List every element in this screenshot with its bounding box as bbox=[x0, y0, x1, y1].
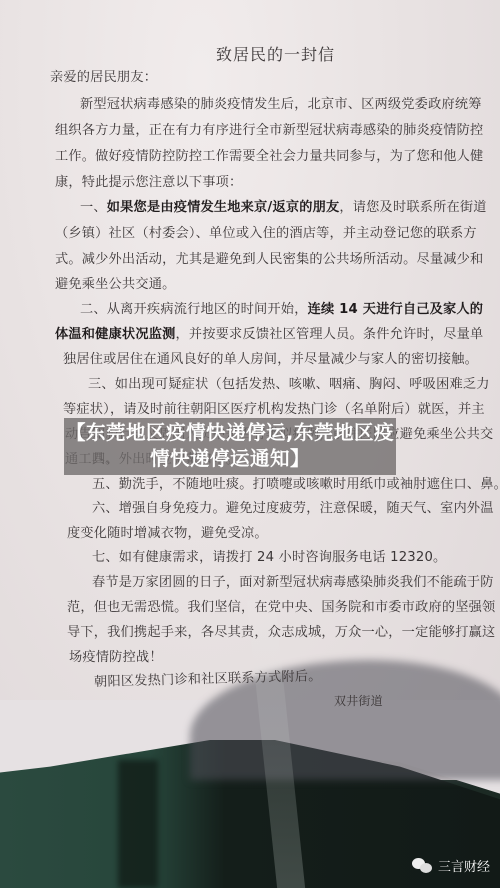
item-1-line: 一、如果您是由疫情发生地来京/返京的朋友，请您及时联系所在街道 bbox=[80, 196, 487, 215]
closing-line: 范，但也无需恐慌。我们坚信，在党中央、国务院和市委市政府的坚强领 bbox=[67, 596, 495, 615]
caption-text: 【东莞地区疫情快递停运,东莞地区疫 情快递停运通知】 bbox=[64, 420, 396, 472]
item-1-line: 避免乘坐公共交通。 bbox=[55, 273, 176, 292]
item-2-prefix: 二、从离开疾病流行地区的时间开始， bbox=[80, 302, 308, 317]
shadow-post bbox=[118, 760, 158, 888]
intro-line: 新型冠状病毒感染的肺炎疫情发生后，北京市、区两级党委政府统筹 bbox=[80, 93, 482, 112]
intro-line: 康，特此提示您注意以下事项： bbox=[55, 171, 242, 190]
caption-line-2: 情快递停运通知】 bbox=[64, 446, 396, 472]
item-1-line: 式。减少外出活动，尤其是避免到人民密集的公共场所活动。尽量减少和 bbox=[55, 248, 483, 267]
item-3-line: 等症状），请及时前往朝阳区医疗机构发热门诊（名单附后）就医，并主 bbox=[63, 398, 485, 417]
item-2-line: 体温和健康状况监测，并按要求反馈社区管理人员。条件允许时，尽量单 bbox=[55, 323, 483, 342]
item-6-line: 度变化随时增减衣物，避免受凉。 bbox=[67, 522, 268, 541]
closing-line: 场疫情防控战！ bbox=[69, 646, 163, 665]
closing-line: 春节是万家团圆的日子，面对新型冠状病毒感染肺炎我们不能疏于防 bbox=[92, 571, 494, 590]
caption-line-1: 【东莞地区疫情快递停运,东莞地区疫 bbox=[64, 420, 396, 446]
signature: 双井街道 bbox=[334, 692, 383, 709]
item-3-line: 三、如出现可疑症状（包括发热、咳嗽、咽痛、胸闷、呼吸困难乏力 bbox=[88, 373, 490, 392]
item-6-line: 六、增强自身免疫力。避免过度疲劳，注意保暖，随天气、室内外温 bbox=[92, 497, 494, 516]
closing-line: 导下，我们携起手来，各尽其责，众志成城，万众一心，一定能够打赢这 bbox=[67, 621, 495, 640]
item-1-bold: 如果您是由疫情发生地来京/返京的朋友 bbox=[107, 200, 340, 215]
item-5-line: 五、勤洗手，不随地吐痰。打喷嚏或咳嗽时用纸巾或袖肘遮住口、鼻。 bbox=[92, 473, 500, 492]
item-2-rest: ，并按要求反馈社区管理人员。条件允许时，尽量单 bbox=[176, 327, 484, 342]
item-1-prefix: 一、 bbox=[80, 200, 107, 215]
item-2-line: 二、从离开疾病流行地区的时间开始，连续 14 天进行自己及家人的 bbox=[80, 298, 483, 317]
item-1-rest: ，请您及时联系所在街道 bbox=[339, 200, 486, 215]
item-7-line: 七、如有健康需求，请拨打 24 小时咨询服务电话 12320。 bbox=[92, 546, 446, 565]
wechat-icon bbox=[412, 858, 434, 874]
item-2-line: 独居住或居住在通风良好的单人房间，并尽量减少与家人的密切接触。 bbox=[63, 348, 478, 367]
letter-title: 致居民的一封信 bbox=[216, 42, 335, 65]
item-1-line: （乡镇）社区（村委会）、单位或入住的酒店等，并主动登记您的联系方 bbox=[55, 222, 477, 241]
watermark-label: 三言财经 bbox=[438, 856, 490, 875]
greeting: 亲爱的居民朋友： bbox=[50, 66, 157, 85]
item-2-bold: 体温和健康状况监测 bbox=[55, 327, 176, 342]
watermark: 三言财经 bbox=[412, 856, 490, 875]
intro-line: 组织各方力量，正在有力有序进行全市新型冠状病毒感染的肺炎疫情防控 bbox=[55, 119, 483, 138]
intro-line: 工作。做好疫情防控防控工作需要全社会力量共同参与，为了您和他人健 bbox=[55, 145, 483, 164]
item-2-bold: 连续 14 天进行自己及家人的 bbox=[308, 302, 484, 317]
